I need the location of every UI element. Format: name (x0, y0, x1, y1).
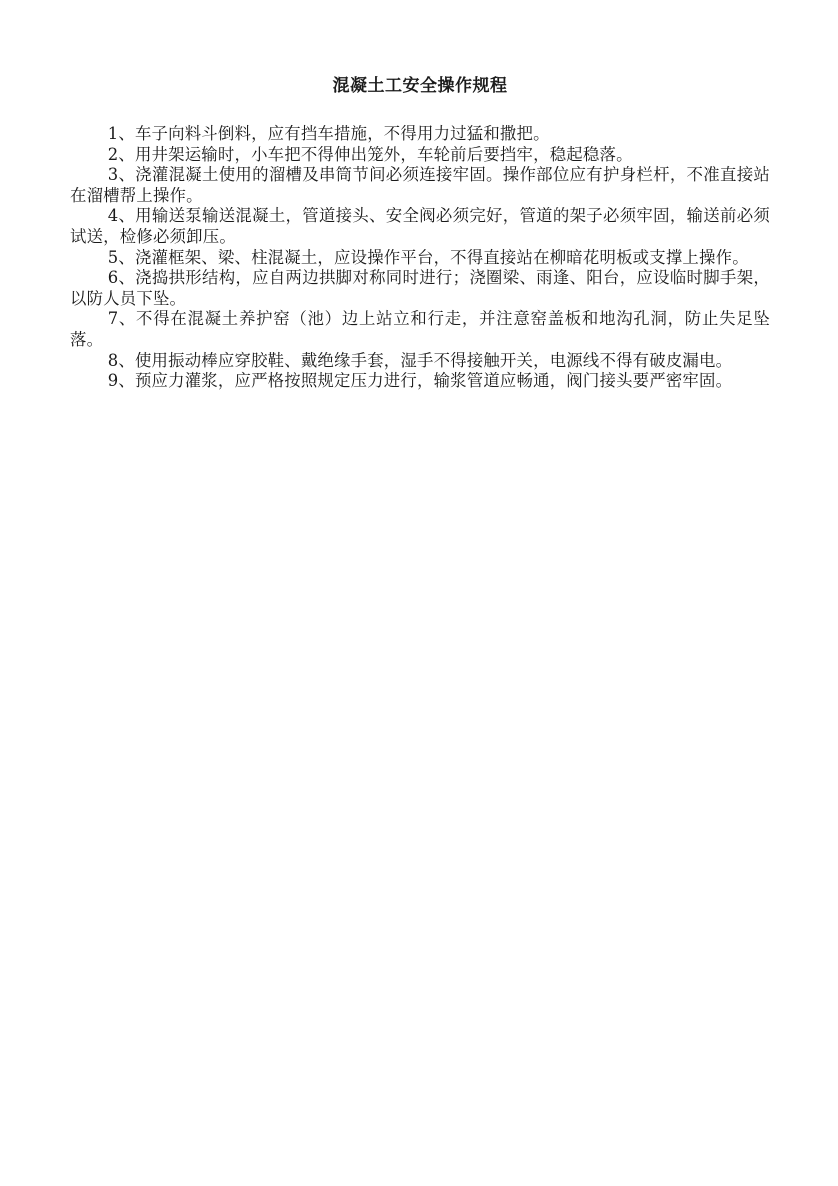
document-page: 混凝土工安全操作规程 1、车子向料斗倒料，应有挡车措施，不得用力过猛和撒把。 2… (70, 74, 770, 392)
rule-paragraph-7: 7、不得在混凝土养护窑（池）边上站立和行走，并注意窑盖板和地沟孔洞，防止失足坠落… (70, 309, 770, 350)
rule-paragraph-5: 5、浇灌框架、梁、柱混凝土，应设操作平台，不得直接站在柳暗花明板或支撑上操作。 (70, 248, 770, 269)
rules-list: 1、车子向料斗倒料，应有挡车措施，不得用力过猛和撒把。 2、用井架运输时，小车把… (70, 124, 770, 392)
document-title: 混凝土工安全操作规程 (70, 74, 770, 98)
rule-paragraph-6: 6、浇捣拱形结构，应自两边拱脚对称同时进行；浇圈梁、雨逢、阳台，应设临时脚手架，… (70, 268, 770, 309)
rule-paragraph-4: 4、用输送泵输送混凝土，管道接头、安全阀必须完好，管道的架子必须牢固，输送前必须… (70, 206, 770, 247)
rule-paragraph-3: 3、浇灌混凝土使用的溜槽及串筒节间必须连接牢固。操作部位应有护身栏杆，不准直接站… (70, 165, 770, 206)
rule-paragraph-1: 1、车子向料斗倒料，应有挡车措施，不得用力过猛和撒把。 (70, 124, 770, 145)
rule-paragraph-8: 8、使用振动棒应穿胶鞋、戴绝缘手套，湿手不得接触开关，电源线不得有破皮漏电。 (70, 351, 770, 372)
rule-paragraph-2: 2、用井架运输时，小车把不得伸出笼外，车轮前后要挡牢，稳起稳落。 (70, 145, 770, 166)
rule-paragraph-9: 9、预应力灌浆，应严格按照规定压力进行，输浆管道应畅通，阀门接头要严密牢固。 (70, 371, 770, 392)
